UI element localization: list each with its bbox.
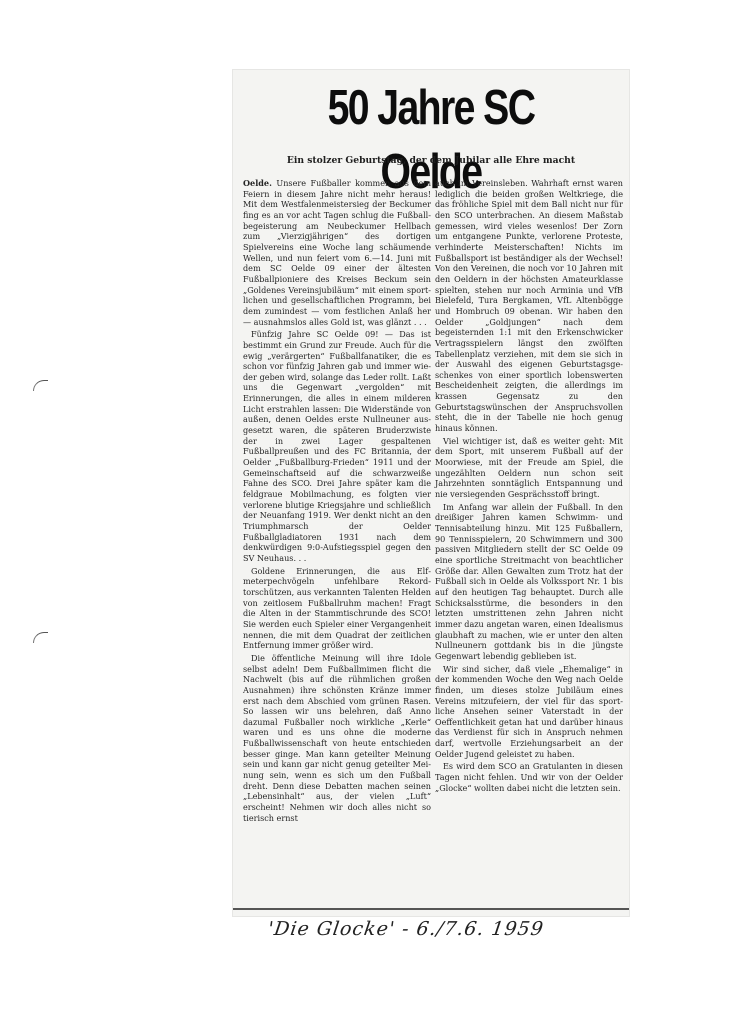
article-paragraph: Fünfzig Jahre SC Oelde 09! — Das ist bes… xyxy=(243,329,431,563)
article-paragraph: Viel wichtiger ist, daß es weiter geht: … xyxy=(435,436,623,500)
article-paragraph: Im Anfang war allein der Fuß­ball. In de… xyxy=(435,502,623,662)
punch-hole-mark-icon xyxy=(33,632,48,643)
article-paragraph: Oelde. Unsere Fußballer kommen aus dem F… xyxy=(243,178,431,327)
bottom-rule xyxy=(233,908,629,910)
handwritten-source-note: 'Die Glocke' - 6./7.6. 1959 xyxy=(266,918,545,940)
article-column-right: auch im Vereinsleben. Wahrhaft ernst war… xyxy=(435,178,623,795)
article-column-left: Oelde. Unsere Fußballer kommen aus dem F… xyxy=(243,178,431,825)
article-paragraph: Die öffentliche Meinung will ihre Idole … xyxy=(243,653,431,824)
article-paragraph: Goldene Erinnerungen, die aus Elf­meterp… xyxy=(243,566,431,651)
newspaper-clipping: 50 Jahre SC Oelde Ein stolzer Geburtstag… xyxy=(233,70,629,916)
dateline: Oelde. xyxy=(243,178,272,188)
article-paragraph: Es wird dem SCO an Gratulanten in diesen… xyxy=(435,761,623,793)
subheadline: Ein stolzer Geburtstag, der dem Jubilar … xyxy=(233,155,629,166)
punch-hole-mark-icon xyxy=(33,380,48,391)
article-paragraph: Wir sind sicher, daß viele „Ehe­malige“ … xyxy=(435,664,623,760)
article-paragraph: auch im Vereinsleben. Wahrhaft ernst war… xyxy=(435,178,623,434)
